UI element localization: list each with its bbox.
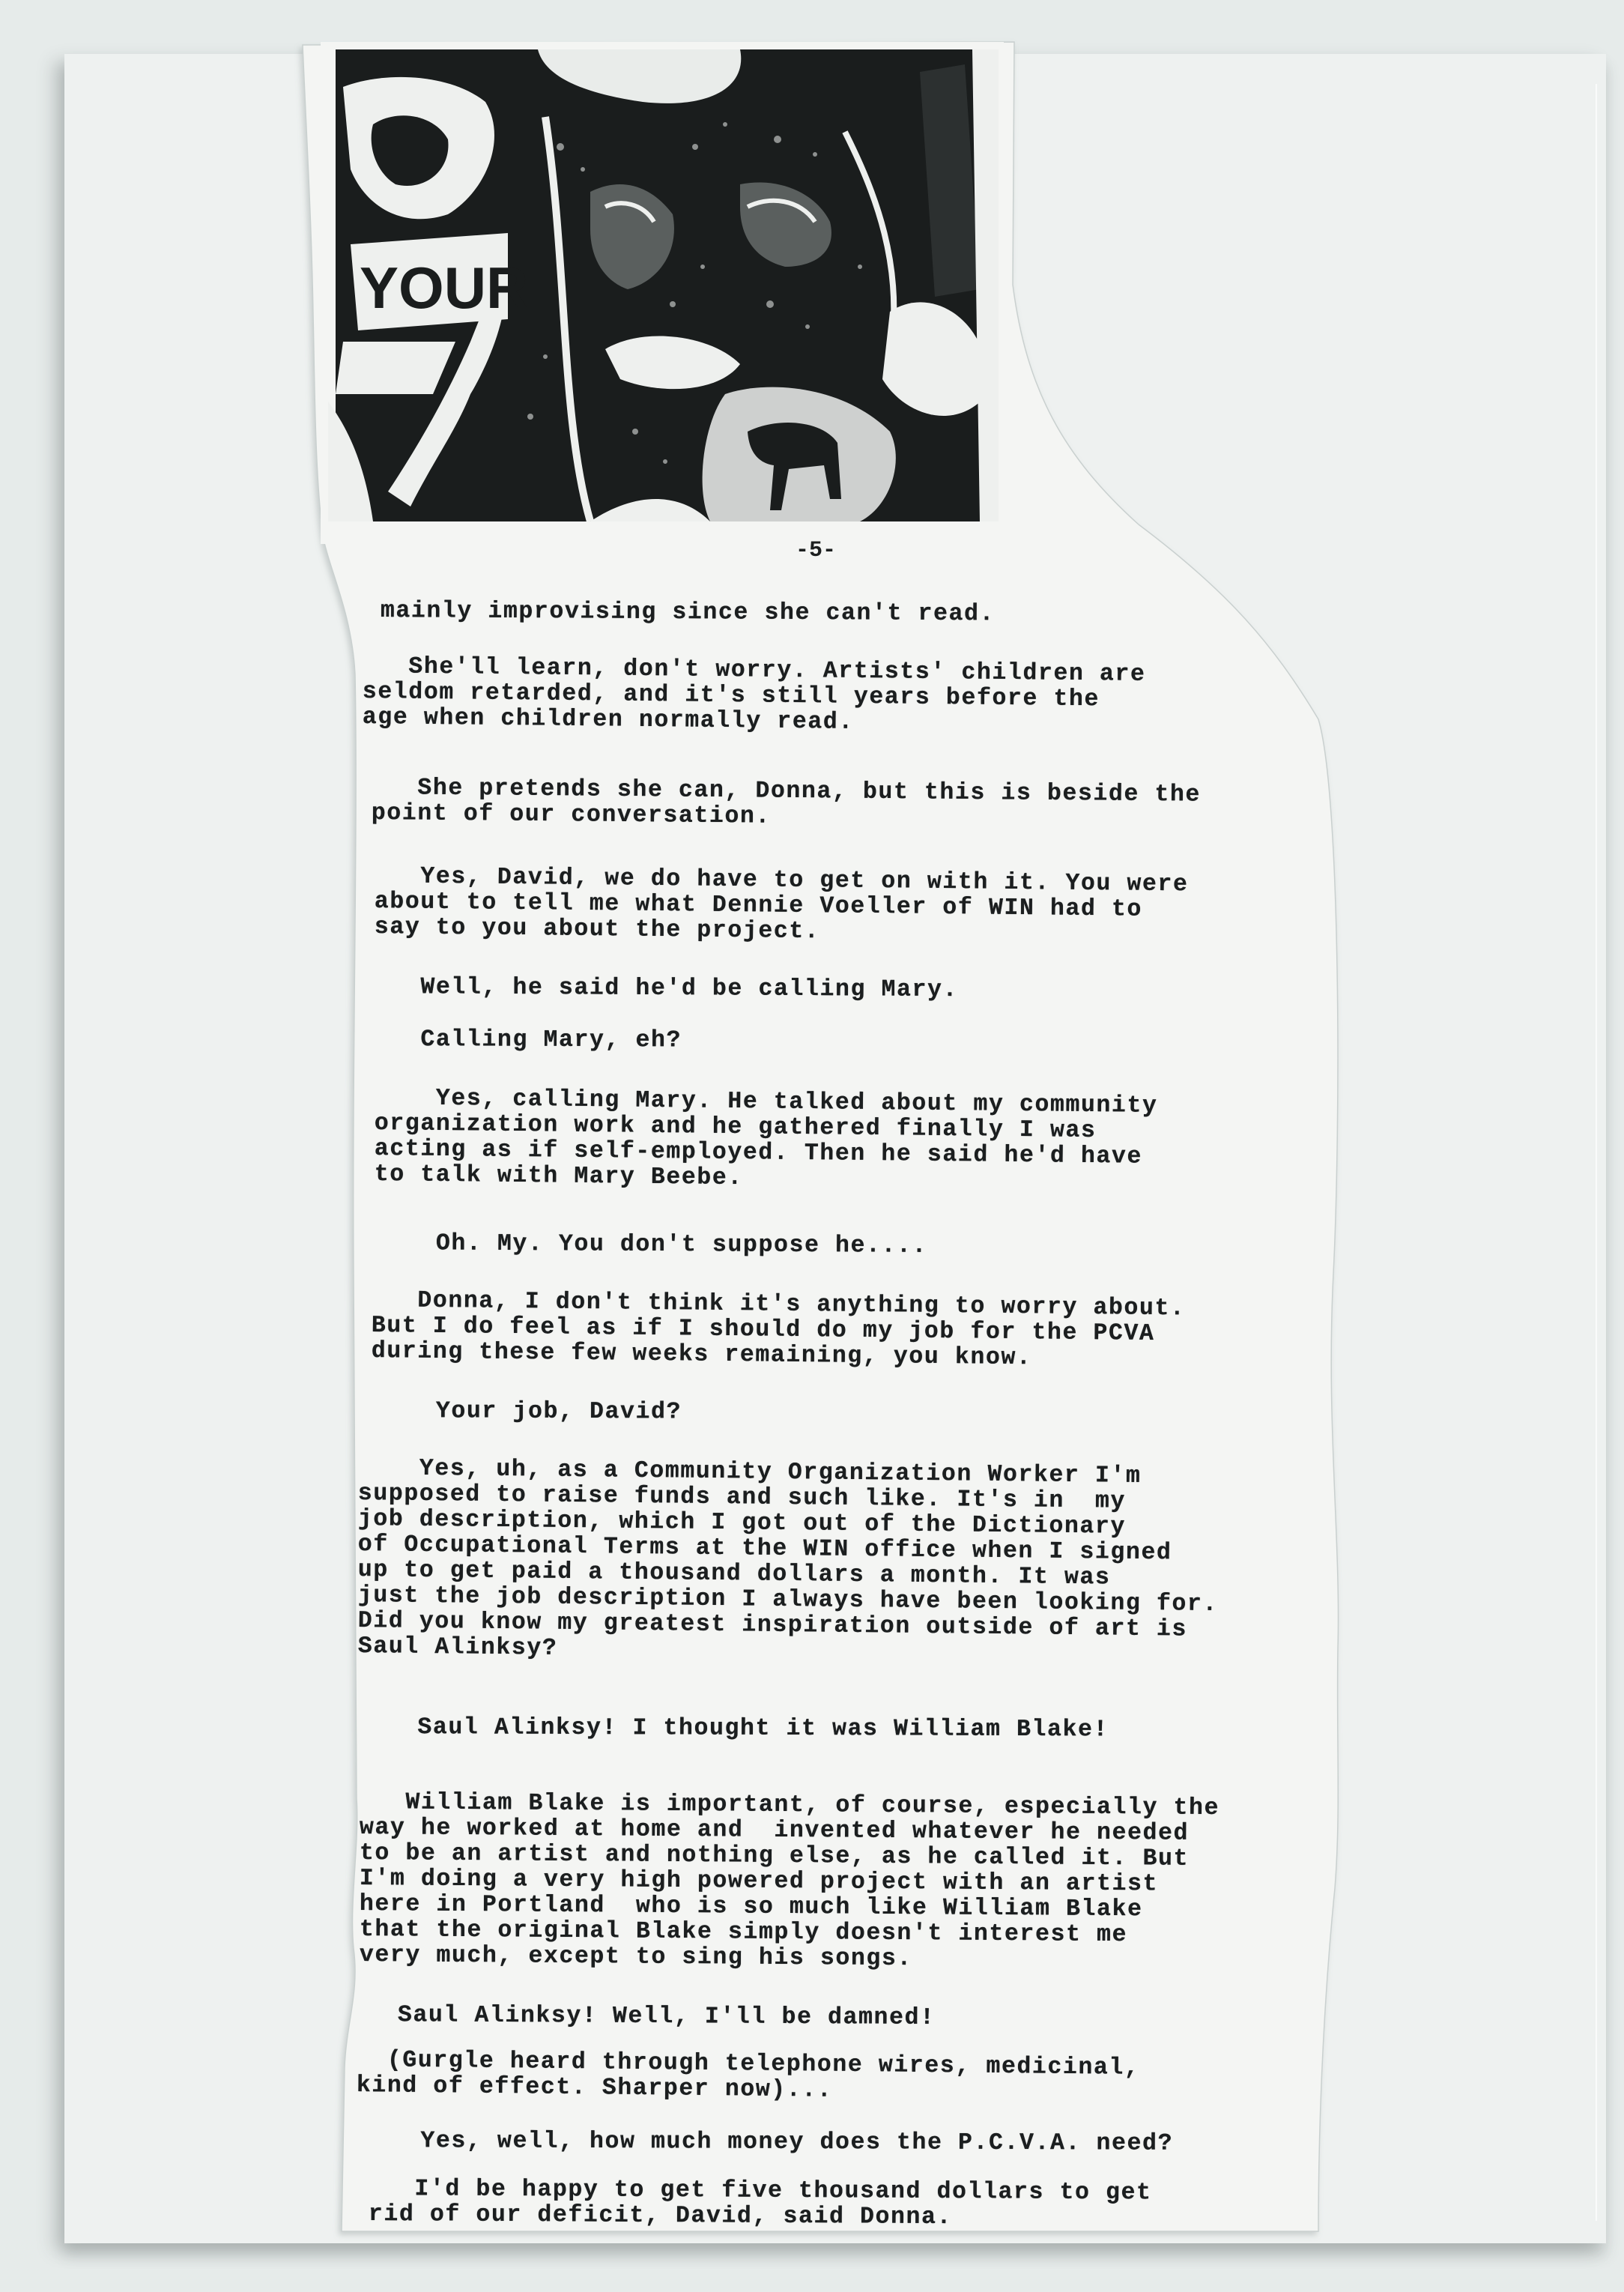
- text-line: to talk with Mary Beebe.: [375, 1161, 743, 1191]
- text-line: very much, except to sing his songs.: [360, 1942, 912, 1972]
- typewritten-text: mainly improvising since she can't read.…: [0, 0, 1624, 2292]
- text-line: Your job, David?: [375, 1398, 682, 1425]
- text-line: Calling Mary, eh?: [375, 1026, 682, 1053]
- text-line: Saul Alinksy! I thought it was William B…: [372, 1714, 1109, 1743]
- text-line: point of our conversation.: [372, 800, 771, 830]
- text-line: rid of our deficit, David, said Donna.: [369, 2201, 952, 2231]
- text-line: Saul Alinksy?: [358, 1633, 558, 1662]
- text-line: say to you about the project.: [375, 914, 820, 945]
- text-line: kind of effect. Sharper now)...: [357, 2072, 833, 2104]
- text-line: age when children normally read.: [363, 704, 854, 736]
- text-line: Saul Alinksy! Well, I'll be damned!: [367, 2002, 936, 2031]
- text-line: Yes, well, how much money does the P.C.V…: [375, 2128, 1173, 2157]
- text-line: mainly improvising since she can't read.: [381, 598, 995, 627]
- text-line: Oh. My. You don't suppose he....: [375, 1230, 927, 1260]
- text-line: Well, he said he'd be calling Mary.: [375, 974, 958, 1003]
